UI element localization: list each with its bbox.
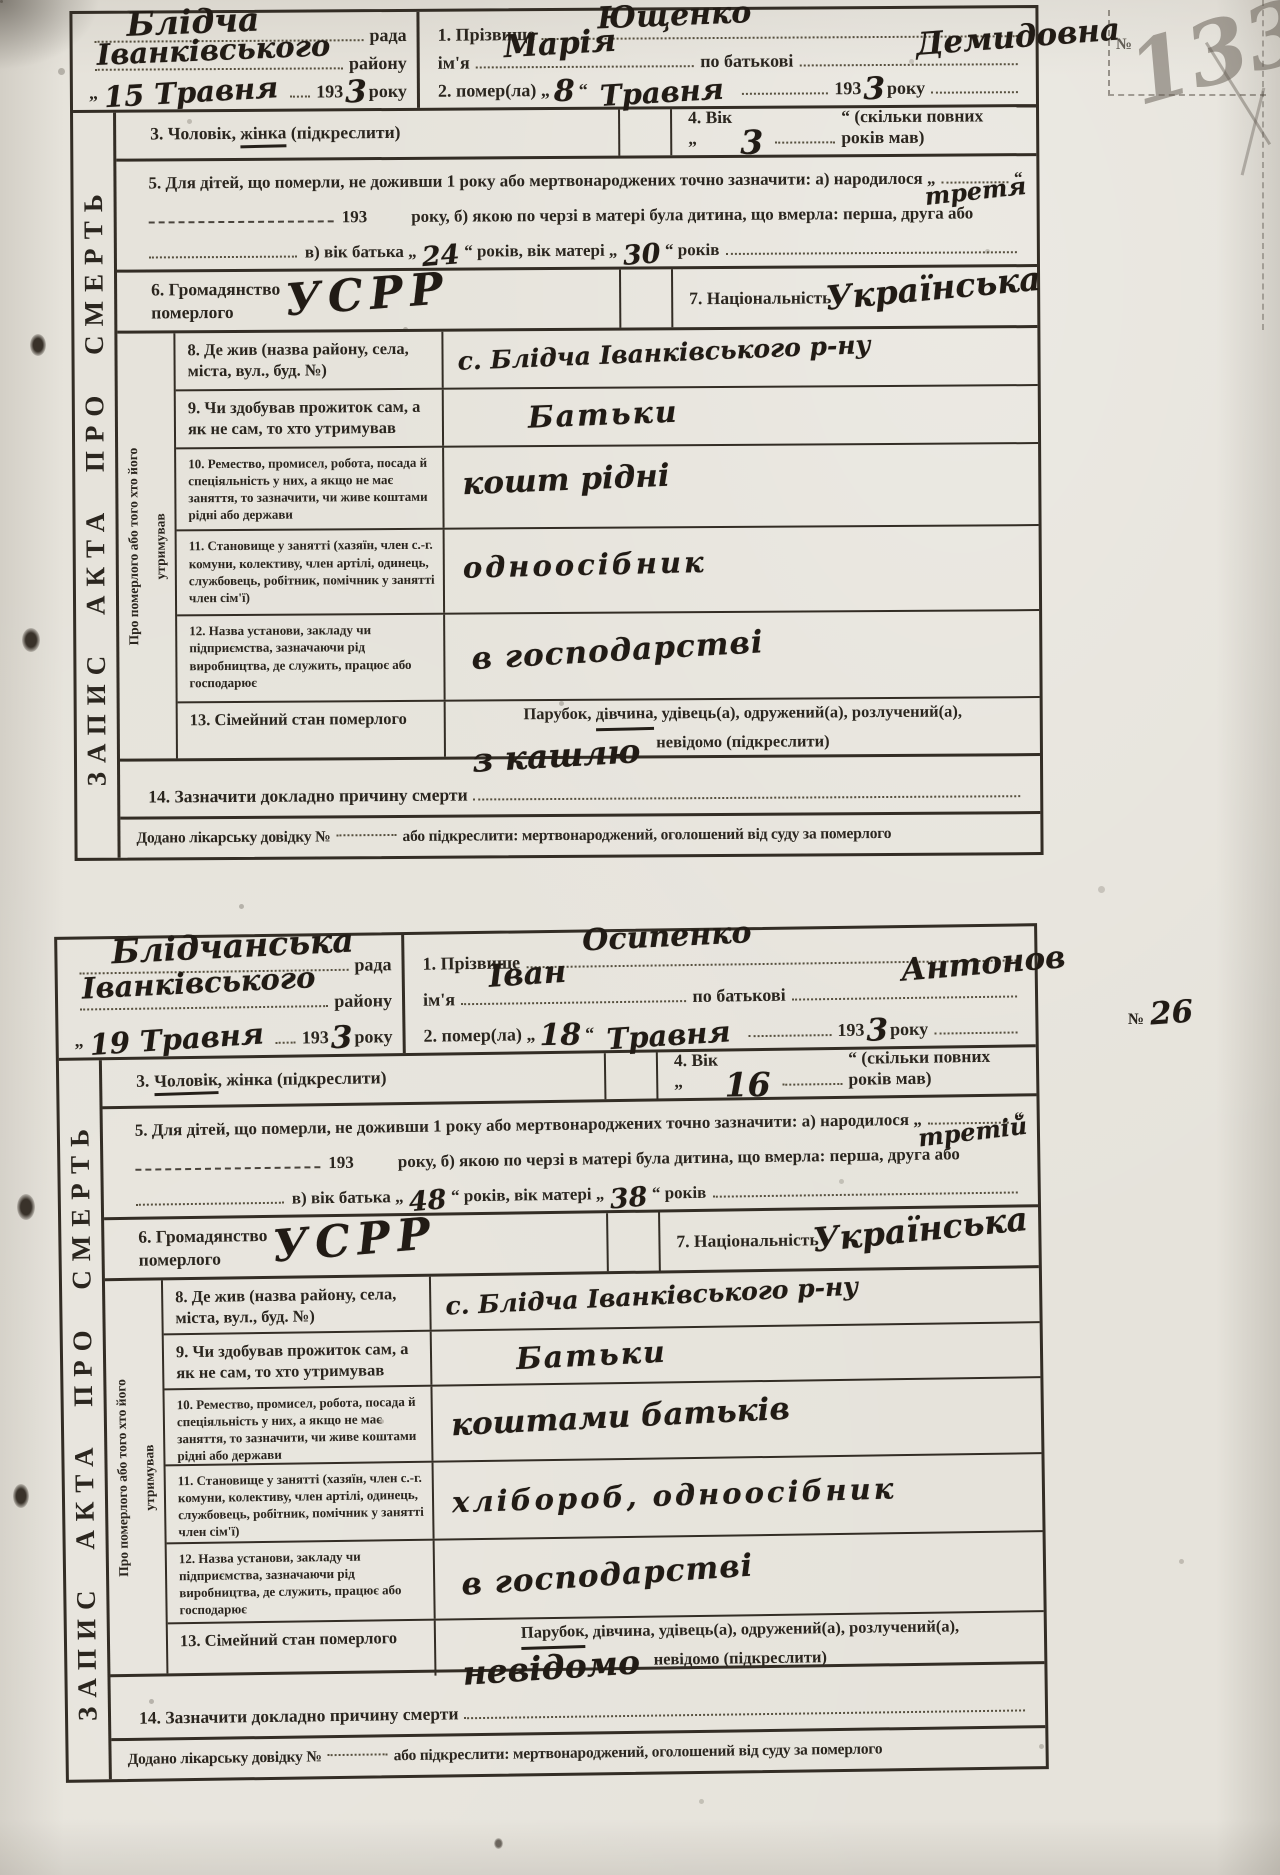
citizenship-label-2: померлого	[151, 302, 233, 323]
form2-body: ЗАПИС АКТА ПРО СМЕРТЬ 3. Чоловік, жінка …	[59, 1047, 1046, 1780]
nationality-field: 7. Національність Українська	[660, 1207, 1039, 1270]
form1-content: 3. Чоловік, жінка (підкреслити) 4. Вік „…	[116, 107, 1041, 858]
dotted-line	[328, 1753, 388, 1756]
dotted-line	[934, 1031, 1017, 1034]
dotted-line	[461, 1000, 686, 1005]
punch-hole	[17, 1194, 35, 1220]
died-label: 2. помер(ла) „	[423, 1024, 535, 1047]
column-separator	[619, 269, 673, 327]
citizenship-nationality-row: 6. Громадянство померлого УСРР 7. Націон…	[117, 264, 1037, 331]
field3-note: (підкреслити)	[286, 121, 400, 142]
dotted-line	[464, 1709, 1025, 1719]
cause-handwritten: з кашлю	[471, 734, 641, 777]
citizenship-field: 6. Громадянство померлого УСРР	[104, 1213, 607, 1278]
occupation-handwritten: коштами батьків	[450, 1394, 790, 1442]
option-bachelor: Парубок	[523, 704, 587, 723]
about-line-2: утримував	[141, 1444, 157, 1510]
status-label: 11. Становище у занятті (хазяїн, член с.…	[166, 1462, 435, 1542]
district-label: району	[334, 990, 392, 1012]
punch-hole	[22, 628, 40, 652]
occupation-label: 10. Ремество, промисел, робота, посада й…	[164, 1386, 433, 1464]
status-row: 11. Становище у занятті (хазяїн, член с.…	[166, 1452, 1043, 1542]
year-prefix: 193	[316, 81, 343, 102]
enterprise-value: в господарстві	[445, 611, 1040, 699]
comma: ,	[587, 704, 595, 723]
surname-handwritten: Осипенко	[582, 918, 753, 956]
maintenance-value: Батьки	[432, 1323, 1041, 1384]
name-handwritten: Марія	[503, 26, 617, 64]
years-suffix: “ років	[652, 1183, 707, 1204]
maintenance-handwritten: Батьки	[527, 397, 679, 433]
option-maiden-underlined: дівчина	[595, 700, 653, 731]
sex-field: 3. Чоловік, жінка (підкреслити)	[102, 1064, 604, 1096]
enterprise-row: 12. Назва установи, закладу чи підприємс…	[177, 609, 1040, 701]
dashed-line	[135, 1166, 320, 1171]
age-label: 4. Вік „	[688, 106, 734, 148]
options-rest: , удівець(а), одружений(а), розлучений(а…	[653, 701, 962, 722]
date-line: „ 19 Травня 193 3 року	[74, 1015, 392, 1051]
death-day-handwritten: 8	[554, 77, 575, 107]
dotted-line	[783, 1082, 843, 1085]
dotted-line	[290, 95, 310, 97]
punch-hole	[30, 334, 46, 356]
number-sign: №	[1128, 1011, 1144, 1029]
death-month-handwritten: Травня	[599, 75, 724, 111]
dotted-line	[474, 795, 1021, 800]
status-label: 11. Становище у занятті (хазяїн, член с.…	[177, 530, 446, 614]
dotted-line	[742, 92, 829, 95]
age-label: 4. Вік „	[674, 1049, 719, 1092]
year-prefix: 193	[834, 78, 861, 99]
comma: ,	[584, 1621, 593, 1640]
medical-note-options: або підкреслити: мертвонароджений, оголо…	[394, 1740, 883, 1765]
citizenship-handwritten: УСРР	[284, 267, 452, 323]
enterprise-label: 12. Назва установи, закладу чи підприємс…	[177, 615, 446, 701]
dashed-line	[149, 220, 334, 223]
council-label: рада	[369, 25, 406, 46]
name-label: ім'я	[423, 989, 455, 1010]
option-maiden: дівчина	[593, 1620, 651, 1640]
form1-council-block: Блідча рада Іванківського району „ 15 Тр…	[72, 12, 420, 110]
cause-handwritten: невідомо	[461, 1645, 640, 1690]
citizenship-label-1: 6. Громадянство	[151, 279, 280, 300]
maintenance-row: 9. Чи здобував прожиток сам, а як не сам…	[176, 384, 1038, 447]
details-rows: 8. Де жив (назва району, села, міста, ву…	[175, 328, 1040, 758]
form1-body: ЗАПИС АКТА ПРО СМЕРТЬ 3. Чоловік, жінка …	[73, 107, 1041, 858]
citizenship-handwritten: УСРР	[271, 1212, 439, 1270]
clause5-line1: 5. Для дітей, що померли, не доживши 1 р…	[135, 1102, 1023, 1140]
age-handwritten: 3	[740, 125, 763, 158]
sex-field: 3. Чоловік, жінка (підкреслити)	[116, 120, 618, 148]
about-line-1: Про померлого або того хто його	[113, 1379, 131, 1577]
column-separator	[606, 1212, 661, 1271]
option-man: Чоловік	[168, 122, 232, 142]
dotted-line	[136, 1202, 284, 1206]
dotted-line	[476, 65, 694, 68]
date-handwritten: 19 Травня	[89, 1019, 265, 1059]
clause5-text2: року, б) якою по черзі в матері була дит…	[398, 1144, 960, 1172]
close-quote: “	[579, 80, 588, 101]
age-label-suffix: “ (скільки повних років мав)	[848, 1045, 1026, 1089]
form1-header: Блідча рада Іванківського району „ 15 Тр…	[72, 8, 1036, 113]
death-year-digit-handwritten: 3	[863, 74, 885, 105]
option-woman-underlined: жінка	[240, 122, 287, 148]
clause5-line1: 5. Для дітей, що померли, не доживши 1 р…	[148, 162, 1022, 193]
form2-header: Блідчанська рада Іванківського району „ …	[57, 926, 1036, 1061]
clause5-line2: 193 року, б) якою по черзі в матері була…	[149, 197, 1023, 228]
district-line: Іванківського району	[74, 979, 392, 1015]
occupation-handwritten: кошт рідні	[462, 460, 671, 499]
death-record-form-2: Блідчанська рада Іванківського району „ …	[54, 923, 1049, 1783]
record-number-handwritten: 26	[1149, 997, 1194, 1031]
residence-handwritten: с. Блідча Іванківського р-ну	[445, 1274, 859, 1319]
form2-council-block: Блідчанська рада Іванківського району „ …	[57, 935, 406, 1058]
cause-of-death-row: 14. Зазначити докладно причину смерти з …	[120, 753, 1040, 817]
father-age-label: в) вік батька „	[292, 1187, 404, 1209]
status-row: 11. Становище у занятті (хазяїн, член с.…	[177, 525, 1040, 615]
residence-label: 8. Де жив (назва району, села, міста, ву…	[175, 332, 443, 389]
scanned-registry-page: Блідча рада Іванківського району „ 15 Тр…	[0, 0, 1280, 1875]
district-handwritten: Іванківського	[96, 31, 331, 70]
enterprise-handwritten: в господарстві	[471, 627, 765, 675]
year-suffix: року	[890, 1019, 928, 1041]
nationality-handwritten: Українська	[811, 1202, 1029, 1257]
form2-person-block: 1. Прізвище Осипенко ім'я по батькові Ів…	[404, 926, 1036, 1053]
enterprise-handwritten: в господарстві	[460, 1550, 754, 1600]
citizenship-label: 6. Громадянство померлого	[151, 278, 280, 324]
children-clause-row: 5. Для дітей, що померли, не доживши 1 р…	[116, 153, 1037, 270]
marital-status-label: 13. Сімейний стан померлого	[178, 702, 446, 759]
date-handwritten: 15 Травня	[103, 73, 279, 112]
dotted-line	[799, 63, 1017, 66]
field3-note: (підкреслити)	[272, 1067, 386, 1089]
name-line: ім'я по батькові Іван Антонов	[423, 970, 1023, 1010]
punch-hole	[13, 1484, 29, 1508]
children-clause-row: 5. Для дітей, що померли, не доживши 1 р…	[103, 1093, 1038, 1217]
maintenance-label: 9. Чи здобував прожиток сам, а як не сам…	[164, 1332, 433, 1389]
death-day-handwritten: 18	[539, 1021, 581, 1052]
maintenance-label: 9. Чи здобував прожиток сам, а як не сам…	[176, 390, 444, 447]
dotted-line	[792, 995, 1017, 1000]
occupation-row: 10. Ремество, промисел, робота, посада й…	[176, 442, 1038, 530]
about-deceased-rotated-label: Про померлого або того хто його утримува…	[107, 1378, 164, 1576]
cause-of-death-row: 14. Зазначити докладно причину смерти не…	[110, 1661, 1045, 1738]
clause5-text1: 5. Для дітей, що померли, не доживши 1 р…	[135, 1110, 922, 1141]
option-bachelor-underlined: Парубок	[520, 1618, 585, 1650]
council-handwritten: Блідчанська	[111, 924, 355, 969]
enterprise-label: 12. Назва установи, закладу чи підприємс…	[167, 1540, 436, 1622]
medical-note-options: або підкреслити: мертвонароджений, оголо…	[402, 825, 891, 846]
date-line: „ 15 Травня 193 3 року	[89, 76, 407, 104]
options-line-1: Парубок, дівчина, удівець(а), одружений(…	[520, 1613, 959, 1649]
citizenship-field: 6. Громадянство померлого УСРР	[117, 270, 619, 331]
residence-value: с. Блідча Іванківського р-ну	[443, 328, 1037, 387]
surname-handwritten: Ющенко	[597, 0, 752, 34]
maintenance-value: Батьки	[444, 386, 1038, 445]
age-handwritten: 16	[724, 1067, 770, 1101]
year-prefix: 193	[328, 1153, 354, 1173]
nationality-field: 7. Національність Українська	[673, 267, 1037, 327]
blank-gap	[354, 1172, 398, 1173]
year-digit-handwritten: 3	[345, 77, 367, 108]
form1-vertical-title-column: ЗАПИС АКТА ПРО СМЕРТЬ	[73, 113, 121, 858]
enterprise-row: 12. Назва установи, закладу чи підприємс…	[167, 1530, 1044, 1622]
dotted-line	[80, 1005, 328, 1010]
year-prefix: 193	[837, 1020, 864, 1041]
dotted-line	[748, 1034, 831, 1037]
options-rest: , удівець(а), одружений(а), розлучений(а…	[650, 1616, 959, 1639]
form2-content: 3. Чоловік, жінка (підкреслити) 4. Вік „…	[102, 1047, 1046, 1779]
column-separator	[604, 1052, 659, 1099]
occupation-label: 10. Ремество, промисел, робота, посада й…	[176, 447, 444, 529]
medical-note-row: Додано лікарську довідку № або підкресли…	[120, 811, 1040, 858]
status-value: хлібороб, одноосібник	[434, 1454, 1043, 1538]
year-prefix: 193	[302, 1027, 329, 1048]
clause5-line3: в) вік батька „ 48 “ років, вік матері „…	[136, 1172, 1024, 1210]
name-line: ім'я по батькові Марія Демидовна	[438, 44, 1024, 74]
dotted-line	[276, 1042, 296, 1044]
clause5-line3: в) вік батька „ 24 “ років, вік матері „…	[149, 232, 1023, 263]
residence-handwritten: с. Блідча Іванківського р-ну	[457, 332, 871, 374]
dotted-line	[712, 1191, 1017, 1197]
cause-label: 14. Зазначити докладно причину смерти	[139, 1703, 459, 1728]
age-field: 4. Вік „ 3 “ (скільки повних років мав)	[672, 105, 1036, 158]
nationality-label: 7. Національність	[676, 1229, 818, 1252]
medical-note-label: Додано лікарську довідку №	[136, 828, 330, 847]
cause-label: 14. Зазначити докладно причину смерти	[148, 785, 468, 808]
details-block: Про померлого або того хто його утримува…	[117, 325, 1040, 759]
about-line-1: Про померлого або того хто його	[125, 447, 141, 645]
details-rows: 8. Де жив (назва району, села, міста, ву…	[163, 1268, 1044, 1673]
about-deceased-rotated-label: Про померлого або того хто його утримува…	[119, 447, 174, 645]
dotted-line	[149, 256, 297, 259]
district-label: району	[349, 53, 407, 74]
occupation-value: коштами батьків	[432, 1378, 1041, 1460]
form1-person-block: 1. Прізвище Ющенко ім'я по батькові Марі…	[419, 8, 1036, 108]
year-suffix: року	[354, 1026, 392, 1048]
enterprise-value: в господарстві	[435, 1532, 1044, 1618]
clause5-text1: 5. Для дітей, що померли, не доживши 1 р…	[148, 169, 935, 194]
patronymic-label: по батькові	[692, 985, 785, 1007]
clause5-line2: 193 року, б) якою по черзі в матері була…	[135, 1137, 1023, 1175]
vertical-title: ЗАПИС АКТА ПРО СМЕРТЬ	[78, 185, 113, 786]
open-quote: „	[89, 83, 98, 104]
death-year-digit-handwritten: 3	[866, 1015, 888, 1046]
status-value: одноосібник	[445, 527, 1039, 613]
mother-age-label: “ років, вік матері „	[464, 241, 617, 262]
citizenship-nationality-row: 6. Громадянство померлого УСРР 7. Націон…	[104, 1204, 1039, 1278]
residence-row: 8. Де жив (назва району, села, міста, ву…	[175, 328, 1037, 389]
year-suffix: року	[369, 81, 407, 102]
about-line-2: утримував	[152, 513, 167, 579]
residence-value: с. Блідча Іванківського р-ну	[431, 1268, 1040, 1329]
mother-age-label: “ років, вік матері „	[451, 1184, 604, 1206]
name-label: ім'я	[438, 53, 470, 74]
options-line-2: невідомо (підкреслити)	[656, 729, 829, 756]
paper-blemish	[494, 1838, 503, 1849]
death-date-line: 2. помер(ла) „ 8 “ Травня 193 3 року	[438, 72, 1024, 102]
options-line-1: Парубок, дівчина, удівець(а), одружений(…	[523, 698, 962, 730]
option-woman: жінка	[226, 1068, 272, 1089]
age-field: 4. Вік „ 16 “ (скільки повних років мав)	[658, 1045, 1037, 1101]
patronymic-label: по батькові	[700, 51, 793, 73]
dotted-line	[336, 833, 396, 835]
dotted-line	[725, 251, 1017, 255]
close-quote: “	[585, 1023, 594, 1044]
occupation-row: 10. Ремество, промисел, робота, посада й…	[164, 1376, 1041, 1464]
residence-label: 8. Де жив (назва району, села, міста, ву…	[163, 1277, 432, 1334]
dotted-line	[931, 91, 1018, 94]
year-suffix: року	[887, 78, 925, 99]
medical-note-label: Додано лікарську довідку №	[128, 1748, 322, 1769]
clause5-text2: року, б) якою по черзі в матері була дит…	[411, 203, 973, 226]
age-label-suffix: “ (скільки повних років мав)	[841, 105, 1026, 148]
years-suffix: “ років	[665, 240, 720, 260]
maintenance-handwritten: Батьки	[515, 1338, 667, 1375]
details-block: Про померлого або того хто його утримува…	[105, 1265, 1044, 1674]
dotted-line	[775, 141, 835, 143]
open-quote: „	[74, 1031, 83, 1052]
year-digit-handwritten: 3	[331, 1023, 353, 1054]
option-man-underlined: Чоловік	[153, 1069, 218, 1096]
district-handwritten: Іванківського	[81, 963, 316, 1003]
field3-number: 3.	[136, 1070, 154, 1090]
record-number-form2: № 26	[1128, 998, 1193, 1029]
year-prefix: 193	[342, 207, 368, 227]
citizenship-label: 6. Громадянство померлого	[138, 1224, 268, 1271]
father-age-label: в) вік батька „	[305, 242, 417, 263]
column-separator	[618, 109, 672, 155]
citizenship-label-1: 6. Громадянство	[138, 1225, 267, 1247]
status-handwritten: одноосібник	[463, 548, 707, 583]
about-deceased-column: Про померлого або того хто його утримува…	[117, 333, 178, 758]
occupation-value: кошт рідні	[444, 444, 1038, 528]
field3-number: 3.	[150, 123, 168, 143]
died-label: 2. помер(ла) „	[438, 80, 550, 102]
death-date-line: 2. помер(ла) „ 18 “ Травня 193 3 року	[423, 1006, 1023, 1046]
citizenship-label-2: померлого	[139, 1249, 222, 1270]
nationality-label: 7. Національність	[689, 287, 831, 309]
name-handwritten: Іван	[488, 957, 567, 993]
death-record-form-1: Блідча рада Іванківського району „ 15 Тр…	[69, 5, 1043, 861]
vertical-title: ЗАПИС АКТА ПРО СМЕРТЬ	[64, 1119, 103, 1720]
status-handwritten: хлібороб, одноосібник	[452, 1474, 897, 1517]
council-label: рада	[354, 954, 391, 976]
nationality-handwritten: Українська	[824, 262, 1042, 315]
about-deceased-column: Про померлого або того хто його утримува…	[105, 1280, 168, 1674]
sex-and-age-row: 3. Чоловік, жінка (підкреслити) 4. Вік „…	[116, 107, 1036, 159]
